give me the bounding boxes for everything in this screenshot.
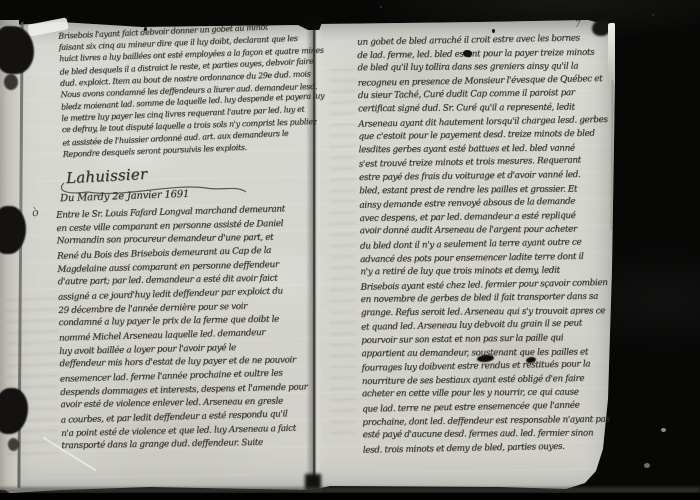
fore-edge-highlight xyxy=(608,23,615,86)
dust-speck xyxy=(644,463,650,468)
background-bottom-band xyxy=(0,493,700,500)
dust-speck xyxy=(661,428,666,432)
left-page-entry-text: Entre le Sr. Louis Fafard Longval marcha… xyxy=(56,203,320,455)
ink-dot xyxy=(144,27,147,31)
manuscript-photo: Brisebois l'ayant faict debvoir donner u… xyxy=(0,0,700,500)
ink-bleed-through-left xyxy=(6,290,58,460)
ink-dot xyxy=(492,29,495,33)
right-page-entry-text: un gobet de bled arraché il croit estre … xyxy=(357,32,621,457)
folio-number: 7 xyxy=(575,20,581,30)
dust-speck xyxy=(652,14,654,16)
binding-blot xyxy=(8,438,19,451)
ink-bleed-through-right xyxy=(330,60,356,440)
dust-speck xyxy=(380,6,382,8)
left-page-prior-entry: Brisebois l'ayant faict debvoir donner u… xyxy=(58,20,317,161)
binding-blot xyxy=(4,74,18,90)
